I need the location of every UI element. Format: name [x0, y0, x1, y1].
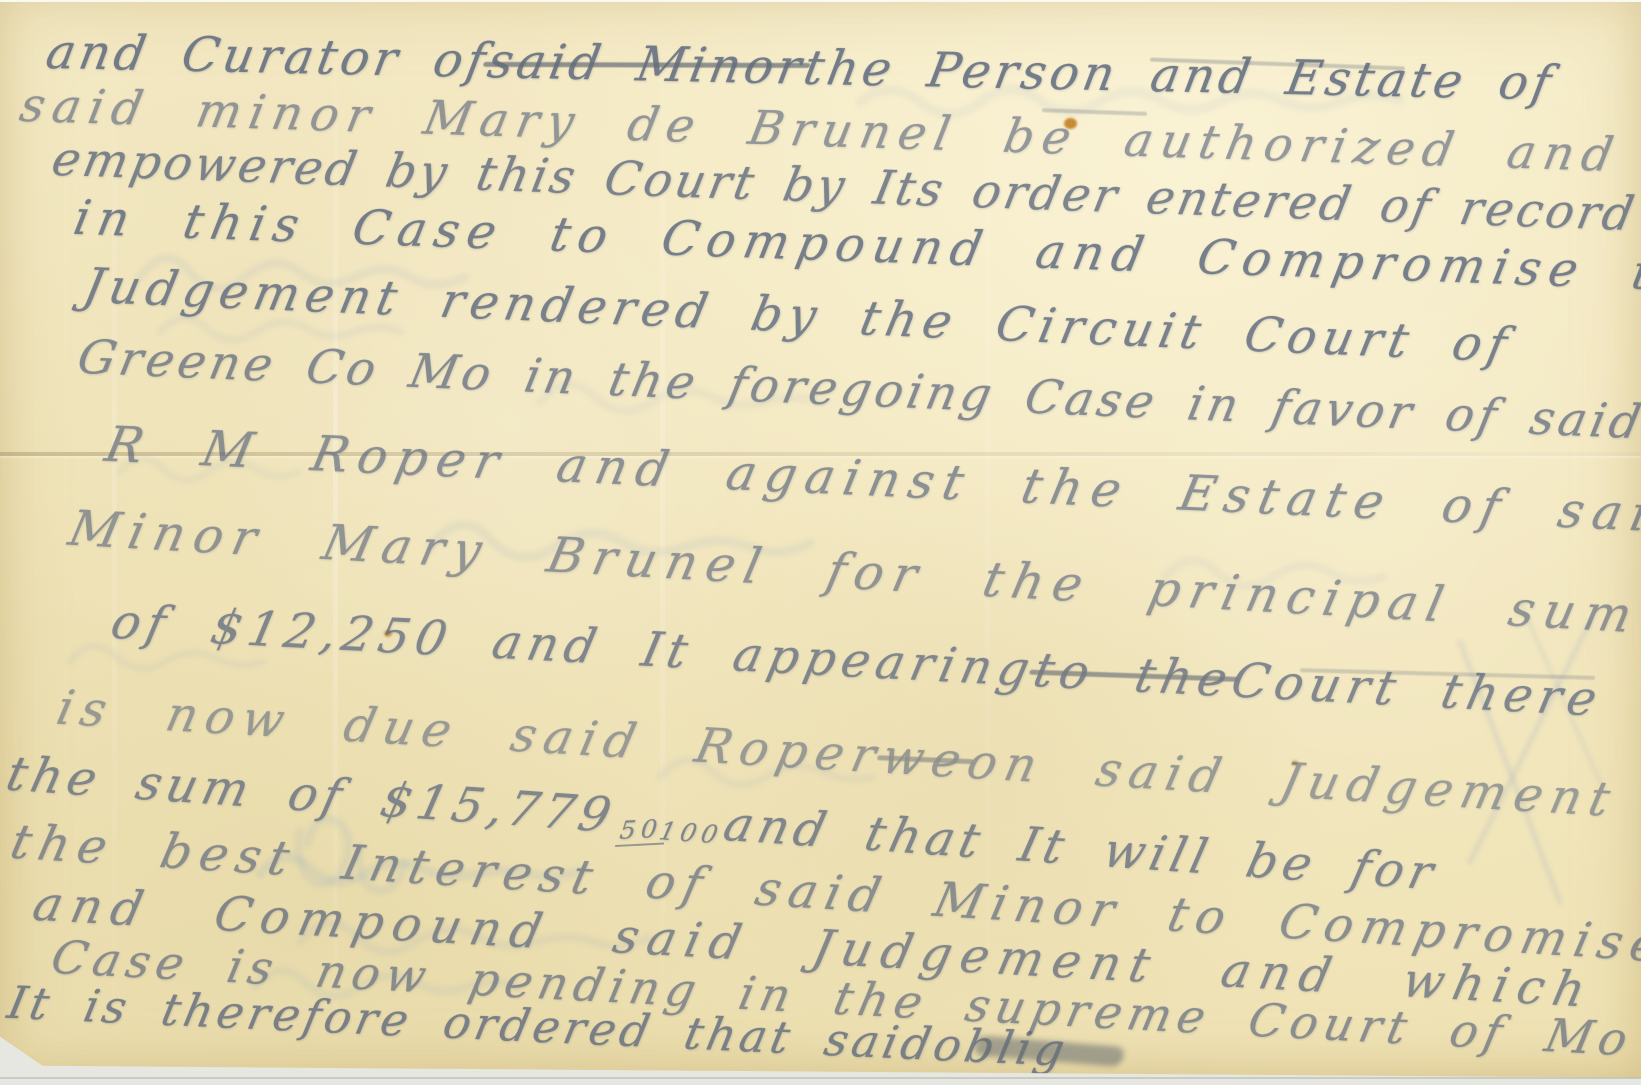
paper-sheet: and Curator of said Minor the Person and… [0, 2, 1641, 1082]
manuscript-word-segment: on said Judgement [962, 734, 1623, 828]
manuscript-word-segment: 50100 [608, 815, 725, 851]
fraction-part: 50 [615, 816, 667, 847]
manuscript-word-segment: to the [1029, 642, 1239, 708]
manuscript-word-segment: said Minor [484, 33, 810, 95]
manuscript-word-segment: Court there [1226, 653, 1607, 728]
manuscript-word-segment: of $12,250 and It appearing [106, 594, 1040, 698]
manuscript-word-segment: we [877, 729, 975, 789]
manuscript-lines: and Curator of said Minor the Person and… [0, 2, 1641, 1082]
scan-bed-edge-line [0, 1077, 1641, 1079]
fraction-part: 100 [657, 818, 725, 848]
manuscript-word-segment: the Person and Estate of [799, 40, 1559, 112]
manuscript-word-segment: and Curator of [42, 24, 494, 89]
scanned-document-stage: and Curator of said Minor the Person and… [0, 0, 1641, 1085]
manuscript-word-segment: oblig [929, 1018, 1073, 1077]
